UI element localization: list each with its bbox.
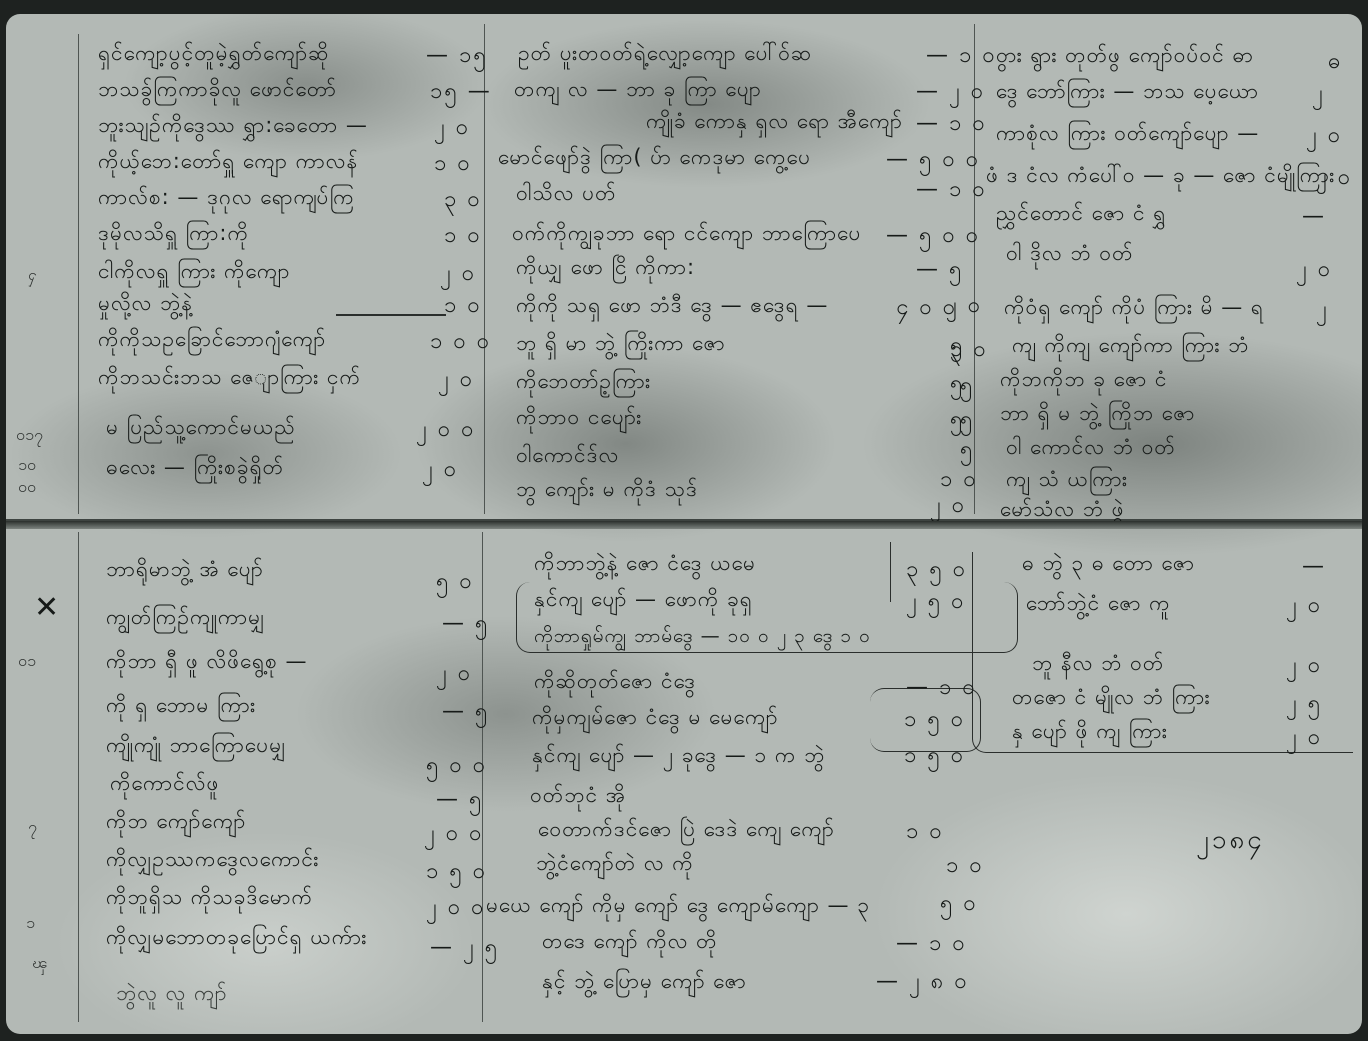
margin-note: ၁ (26, 912, 35, 936)
ledger-line: ညွှင်တောင် ဇော ငံ ရွှ (996, 200, 1166, 231)
ledger-line: ငါကိုလရှူ ကြား ကိုကျော (98, 258, 290, 289)
ledger-amount: ၅ ၀ ၀ (426, 750, 487, 783)
ledger-amount: ၂ ၀ ၀ (416, 414, 476, 447)
ledger-amount: ၁ ၅ ၀ (904, 704, 965, 737)
ledger-amount: ၂ ၀ (1316, 162, 1352, 195)
grand-total: ၂၁၈၄ (1196, 822, 1265, 861)
ledger-amount: ၂ ၅ ၀ (906, 586, 966, 619)
ledger-line: ဝါသိလ ပတ် (516, 180, 617, 211)
ledger-amount: — ၁ ၀ (906, 672, 977, 705)
ledger-amount: ၁ ၀ (946, 850, 984, 883)
ledger-line: ကိုဝံရှ ကျော် ကိုပံ ကြား မိ — ရ (1004, 294, 1264, 325)
ledger-amount: ဓ (1328, 46, 1342, 79)
ledger-line: ကိုဘူရှိသ ကိုသခုဒိမောက် (106, 884, 313, 915)
ledger-line: ကိုဘကိုဘ ခု ဇော ငံ (1000, 366, 1168, 397)
ledger-amount: ၂ ၀ (440, 258, 476, 291)
ledger-line: ဝေတာက်ဒင်ဇော ပြဲ ဒေဒဲ ကျေ ကျော် (538, 816, 835, 847)
ledger-amount: ၂ ၀ (1296, 254, 1332, 287)
ledger-line: ရှင်ကျော့ပွင့်တူမဲ့ရွှတ်ကျော်ဆို (98, 40, 329, 71)
margin-note: ၁၀ (18, 454, 36, 478)
side-amount: ၅ (960, 434, 974, 467)
ledger-line: နှ ပျော် ဖို ကျ ကြား (1012, 718, 1168, 749)
ledger-line: ကိုဘာရှုမ်ကျွ ဘာမ်ဒွေ — ၁၀ ၀ ၂ ၃ ဒွေ ၁ ၀ (534, 624, 871, 652)
ledger-line: နှင်ကျ ပျော် — ၂ ခုဒွေ — ၁ က ဘွဲ (532, 742, 825, 773)
ledger-amount: — ၂ ၅ (430, 932, 499, 965)
ledger-amount: ၂ ၀ ၀ (424, 818, 484, 851)
ledger-amount: — ၁ ၀ (896, 928, 967, 961)
ledger-line: ဘာရိုမာဘွဲ့ အံ ပျော် (106, 556, 264, 587)
ledger-amount: ၂ ၀ (1306, 120, 1342, 153)
ledger-line: ဖံ ဒ ငံလ ကံပေါ်ဝ — ခု — ဇော ငံမျိုကြား (986, 162, 1335, 193)
ledger-line: ကာစုံလ ကြား ဝတ်ကျော်ပျော — (996, 120, 1259, 151)
ledger-line: ဘာ ရှိ မ ဘွဲ့ ကြိုဘ ဇော (1000, 400, 1195, 431)
ledger-line: တဒေ ကျော် ကိုလ တို (542, 928, 718, 959)
ledger-amount: — (1302, 554, 1326, 579)
ledger-line: မောင်ဖျော်ဒွဲ ကြာ( ပ်ာ ကေဒုမာ ကွေ့ပေ (498, 144, 811, 175)
ledger-amount: ၂ ၀ (434, 112, 470, 145)
ledger-line: ဘူးသျဉ်ကိုဒွေဿ ရွှာ:ခေတော — (98, 112, 368, 143)
ledger-amount: ၂ (1316, 294, 1329, 327)
left-margin-rule (78, 532, 79, 1022)
margin-note: ၾ (32, 952, 48, 976)
ledger-line: ကိုကောင်လ်ဖူ (110, 770, 219, 801)
ledger-line: မယေ ကျော် ကိုမှ ကျော် ဒွေ ကျောမ်ကျော — ၃ (486, 892, 870, 923)
ledger-amount: ၂ ၀ (436, 658, 472, 691)
ledger-amount: ၂ ၀ (422, 454, 458, 487)
ledger-line: ကိုမှကျမ်ဇော ငံဒွေ မ မေကျော် (532, 704, 778, 735)
underline-mark (336, 314, 446, 316)
side-amount: ၅ (960, 404, 974, 437)
ledger-line: ဘူ နီလ ဘံ ဝတ် (1032, 650, 1164, 681)
ledger-line: ဓ ဘွဲ ၃ ဓ တော ဇော (1022, 550, 1195, 581)
ledger-line: ဒုမိုလသိရှူ ကြာ:ကို (98, 220, 249, 251)
ledger-amount: ၂ ၀ (438, 364, 474, 397)
ledger-amount: ၁ ၀ ၀ (430, 326, 491, 359)
ledger-amount: — ၁၅ (426, 40, 488, 73)
margin-note: ႁ (28, 264, 37, 288)
ledger-line: ကိုဘ ကျော်ကျော် (106, 808, 246, 839)
fold-crease (6, 521, 1362, 529)
ledger-line: ကိုဘာဝ ငပျော်း (516, 404, 642, 435)
ledger-line: ဓလေး — ကြိုးစခွဲရှိုတ် (106, 454, 284, 485)
ledger-line: ကိုဘာ ရှီ ဖူ လိဖိရွေ့စု — (106, 648, 308, 679)
ledger-amount: — ၅ (442, 608, 489, 641)
ledger-amount: ၁ ၅ ၀ (904, 740, 965, 773)
ledger-line: ကိုဘာဘွဲ့နဲ့ ဇော ငံဒွေ ယမေ (534, 550, 756, 581)
ledger-amount: ၁၅ — (430, 76, 492, 109)
ledger-line: နှင်ကျ ပျော် — ဖောကို ခုရှ (534, 586, 753, 617)
ledger-amount: ၁ ၀ (444, 220, 482, 253)
side-amount: ၃ ၀ (950, 334, 988, 367)
ledger-line: တကျ လ — ဘာ ခု ကြာ ပျော (514, 76, 762, 107)
ledger-line: ဘွဲလူ လူ ကျာ် (116, 980, 227, 1011)
ledger-amount: ၂ ၀ (930, 490, 966, 523)
left-margin-rule (78, 34, 79, 514)
margin-note: ၀၁၇ (16, 424, 43, 448)
ledger-amount: — ၂ ၀ (916, 76, 985, 109)
ledger-amount: — ၅ ၀ ၀ (886, 220, 980, 253)
ledger-amount: ၁ ၅ ၀ (426, 856, 487, 889)
ledger-amount: — ၅ (916, 254, 963, 287)
ledger-line: နှင့် ဘွဲ့ ပြောမှ ကျော် ဇော (542, 968, 747, 999)
ledger-amount: ၁ ၀ (906, 816, 944, 849)
manuscript-page: ႁ ၀၁၇ ၁၀ ၀၀ ရှင်ကျော့ပွင့်တူမဲ့ရွှတ်ကျော… (6, 14, 1362, 1034)
side-amount: ၂ ၀ (946, 290, 982, 323)
ledger-amount: ၅ ၀ (940, 888, 978, 921)
ledger-line: ကို ရှ ဘောမ ကြား (106, 692, 256, 723)
margin-note: ၇ (28, 816, 37, 840)
margin-note: ၀၀ (18, 476, 36, 500)
ledger-line: ဝတ်ဘုငံ အို (530, 782, 626, 813)
ledger-amount: ၂ ၅ (1286, 688, 1322, 721)
upper-leaf: ႁ ၀၁၇ ၁၀ ၀၀ ရှင်ကျော့ပွင့်တူမဲ့ရွှတ်ကျော… (6, 14, 1362, 521)
ledger-line: ဘသခွ်ကြကာခိုလူ ဖောင်တော် (98, 76, 337, 107)
ledger-amount: — ၁ ၀ (926, 40, 997, 73)
ledger-line: ဝါ ကောင်လ ဘံ ဝတ် (1006, 434, 1176, 465)
ledger-amount: — ၁ ၀ (916, 174, 987, 207)
ledger-line: ကိုဘေတာ်ဥ့ကြား (516, 368, 651, 399)
ledger-line: ကိုဘသင်းဘသ ဇေျာကြား ငှက် (98, 364, 361, 395)
ledger-line: ကျ သံ ယကြား (1006, 466, 1128, 497)
lower-leaf: ✕ ၀၁ ၇ ၾ ၁ ဘာရိုမာဘွဲ့ အံ ပျော် ၅ ၀ ကျွတ… (6, 532, 1362, 1034)
ledger-line: ကျိုကျုံ ဘာကြောပေမျှ (106, 732, 286, 763)
ledger-amount: ၅ ၀ (436, 566, 474, 599)
ledger-line: ကျွတ်ကြဉ်ကျုကာမျှ (106, 604, 265, 635)
ledger-line: ဘူ ရှိ မာ ဘွဲ့ ကြိုးကာ ဇော (516, 330, 726, 361)
ledger-line: ကိုလျှမဘောတခုပြောင်ရှ ယက်ား (106, 924, 367, 955)
ledger-amount: — ၁ ၀ (916, 108, 987, 141)
side-amount: ၅ (960, 370, 974, 403)
ledger-line: တဇော ငံ မျိုလ ဘံ ကြား (1012, 684, 1211, 715)
ledger-amount: ၂ (1312, 78, 1325, 111)
ledger-line: ကာလ်စ: — ဒုဂုလ ရောကျပ်ကြ (98, 184, 355, 215)
ledger-line: ကျိုခံ ကောနှ ရှလ ရော အီကျော် (646, 108, 903, 139)
ledger-amount: — (1302, 204, 1326, 229)
ledger-line: ကိုကို သရှ ဖော ဘံဒီ ဒွေ — ဧဒွေရ — (516, 292, 828, 323)
ledger-line: ကိုယျှ ဖော ငြိ ကိုကာ: (516, 254, 695, 285)
ledger-amount: ၂ ၀ (1286, 650, 1322, 683)
margin-note: ၀၁ (18, 650, 36, 674)
ledger-amount: ၁ ၀ (444, 290, 482, 323)
ledger-amount: — ၅ (436, 784, 483, 817)
ledger-amount: ၂ ၀ (1286, 722, 1322, 755)
ledger-line: ကိုလျှဥဿကဒွေလကောင်း (106, 846, 319, 877)
ledger-line: ဒွေ ဘော်ကြား — ဘသ ပေ့ယော (996, 78, 1259, 109)
ledger-line: ကျ ကိုကျ ကျော်ကာ ကြား ဘံ (1012, 332, 1249, 363)
ledger-amount: ၂ ၀ (1286, 590, 1322, 623)
ledger-amount: ၃ ၀ (444, 184, 482, 217)
ledger-amount: — ၅ ၀ ၀ (886, 144, 980, 177)
ledger-amount: — ၂ ၈ ၀ (876, 966, 969, 999)
ledger-line: ဝါကောင်ဒ်လ (516, 442, 619, 473)
ledger-line: ကိုကိုသဥခြောင်ဘောဂျံကျော် (98, 326, 326, 357)
ledger-line: ဘွ ကျော်း မ ကိုဒံ သုဒ် (516, 476, 698, 507)
ledger-line: ဥတ် ပူးတဝတ်ရဲ့လျှော့ကျော ပေါ်ဝ်ဆ (518, 40, 812, 71)
ledger-line: ကိုဆိုတုတ်ဇော ငံဒွေ (534, 668, 696, 699)
ledger-amount: ၃ ၅ ၀ (906, 554, 967, 587)
ledger-line: ဝက်ကိုကျွခုဘာ ရော ငင်ကျော ဘာကြောပေ (512, 220, 862, 251)
ledger-line: ကိုယ့်ဘေ:တော်ရှူ ကျော ကာလန် (98, 148, 358, 179)
ledger-line: ဝါ ဒိုလ ဘံ ဝတ် (1006, 240, 1134, 271)
ledger-line: ဝွား ရွား တုတ်ဖွ ကျော်ဝပ်ဝင် ဓာ (996, 42, 1254, 73)
cross-mark: ✕ (34, 590, 59, 625)
ledger-amount: ၂ ၀ ၀ (426, 892, 486, 925)
ledger-line: မှုလို့လ ဘွဲ့နဲ့ (98, 290, 193, 321)
ledger-line: ဘွဲ့ငံကျော်တဲ လ ကို (536, 850, 694, 881)
ledger-amount: ၁ ၀ (434, 148, 472, 181)
ledger-line: မ ပြည်သူ့ကောင်မယည် (106, 414, 296, 445)
ledger-amount: — ၅ (442, 696, 489, 729)
ledger-line: ဘော်ဘွဲ့ငံ ဇော ကူ (1026, 590, 1171, 621)
